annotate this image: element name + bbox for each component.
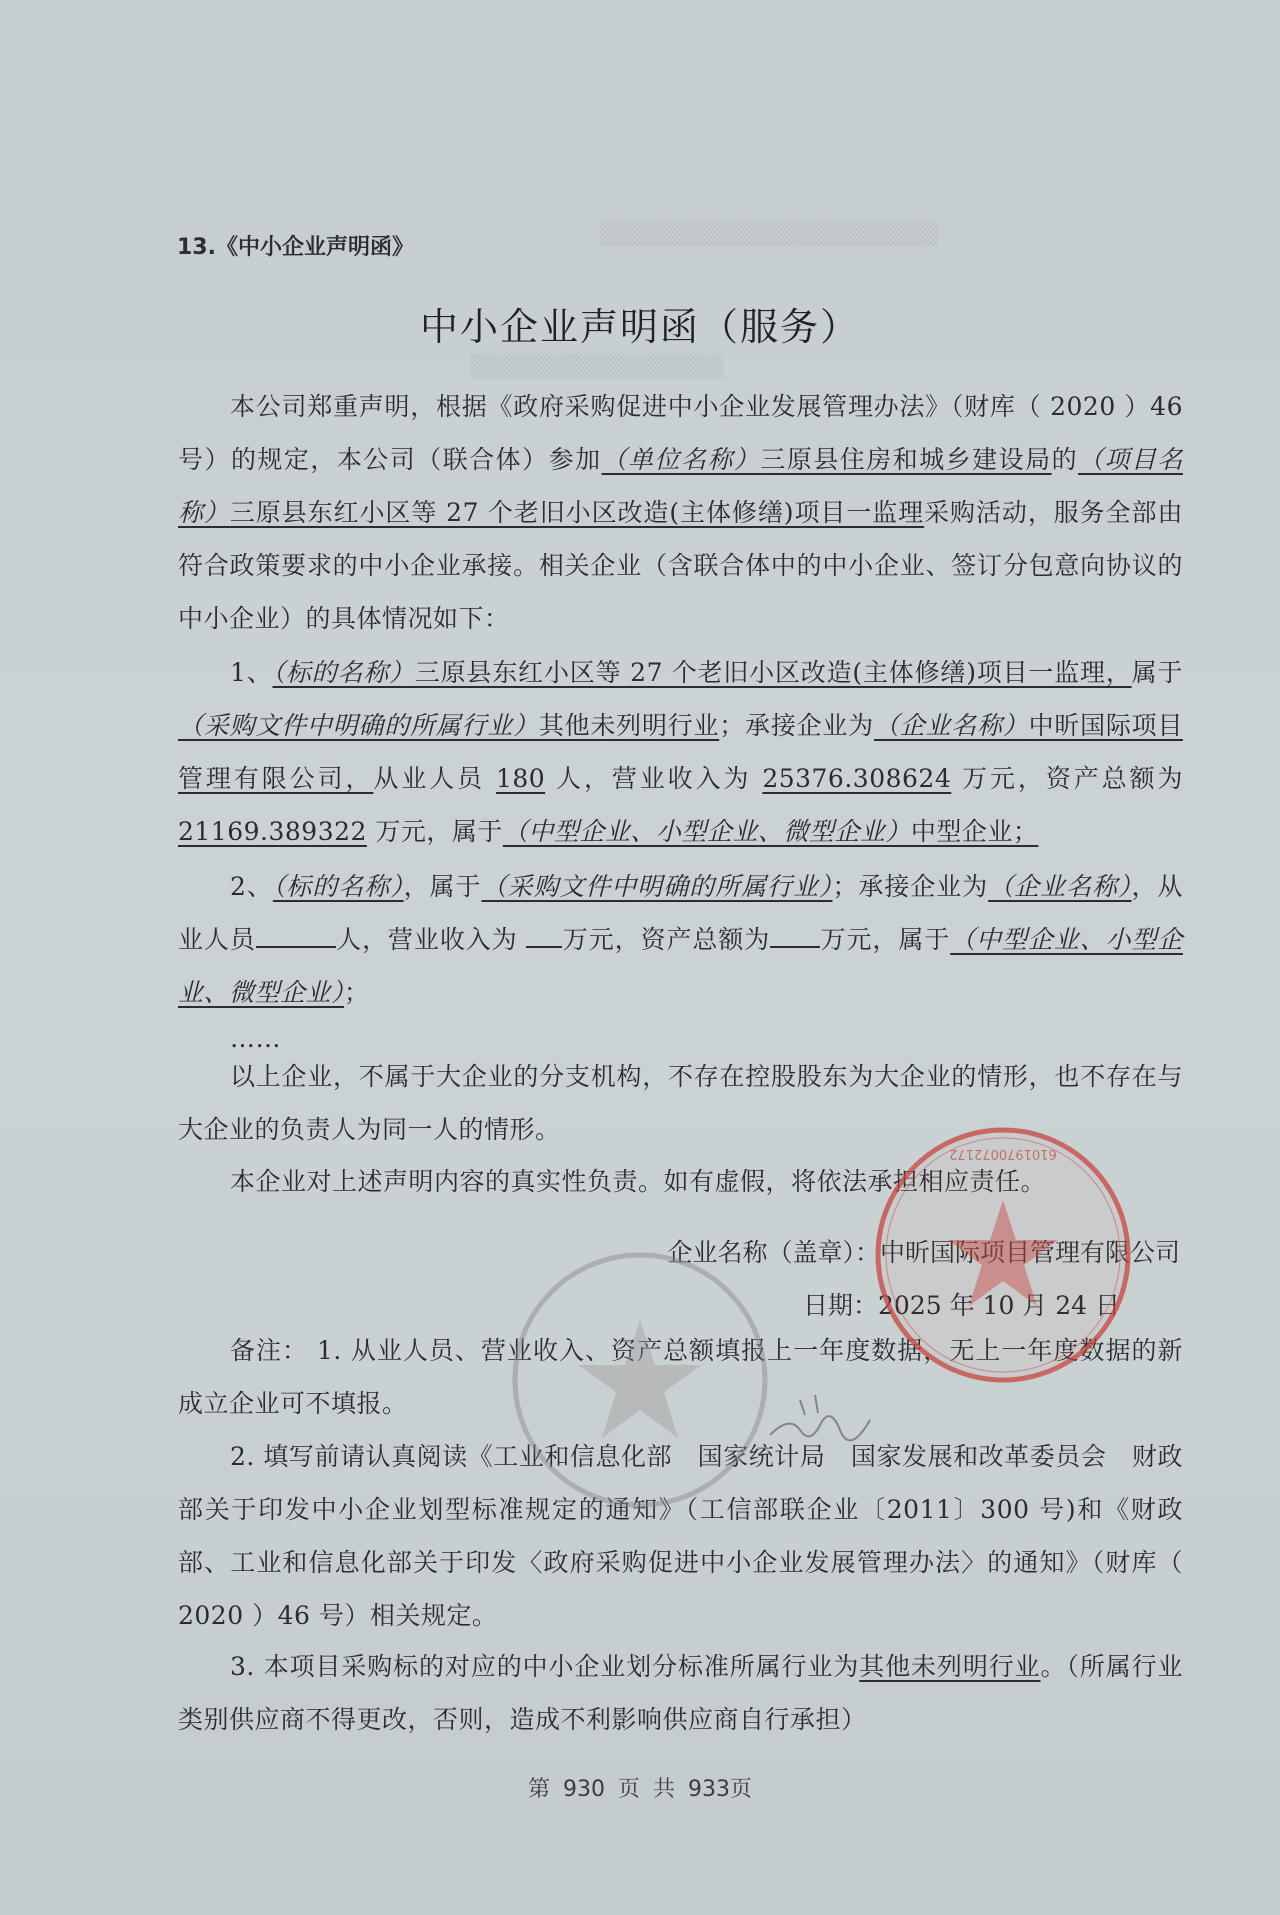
bleed-through-text: ▒▒▒▒▒▒▒▒▒▒▒▒▒▒▒	[470, 355, 724, 380]
assets-blank	[770, 924, 820, 948]
statement-not-large-enterprise: 以上企业，不属于大企业的分支机构，不存在控股股东为大企业的情形，也不存在与大企业…	[178, 1050, 1183, 1156]
item-end: ；	[344, 978, 370, 1007]
staff-suffix: 人，营业收入为	[336, 925, 518, 954]
company-label: （企业名称）	[988, 872, 1131, 901]
item-number: 1、	[230, 658, 273, 687]
unit-label: （单位名称）	[602, 445, 761, 474]
subject-label: （标的名称）	[273, 658, 415, 687]
subject-field: （标的名称）三原县东红小区等 27 个老旧小区改造(主体修缮)项目一监理，	[273, 658, 1132, 687]
note-3: 3. 本项目采购标的对应的中小企业划分标准所属行业为其他未列明行业。（所属行业类…	[178, 1640, 1183, 1746]
note-3-text-a: 3. 本项目采购标的对应的中小企业划分标准所属行业为	[230, 1652, 859, 1681]
unit-name-field: （单位名称）三原县住房和城乡建设局	[602, 445, 1052, 474]
size-value: 中型企业；	[911, 817, 1039, 846]
intro-paragraph: 本公司郑重声明，根据《政府采购促进中小企业发展管理办法》（财库（ 2020 ）4…	[178, 380, 1183, 645]
section-heading: 13.《中小企业声明函》	[177, 230, 414, 261]
industry-label: （采购文件中明确的所属行业）	[178, 711, 539, 740]
project-value: 三原县东红小区等 27 个老旧小区改造(主体修缮)项目一监理	[230, 498, 924, 527]
revenue-blank	[526, 924, 562, 948]
signature-company: 企业名称（盖章）：中昕国际项目管理有限公司	[667, 1233, 1180, 1269]
enterprise-item-1: 1、（标的名称）三原县东红小区等 27 个老旧小区改造(主体修缮)项目一监理，属…	[178, 646, 1183, 858]
assets-suffix: 万元，属于	[375, 817, 503, 846]
document-title: 中小企业声明函（服务）	[0, 296, 1280, 351]
subject-label: （标的名称）	[273, 872, 404, 901]
intro-text-b: 的	[1052, 445, 1078, 474]
note-2: 2. 填写前请认真阅读《工业和信息化部 国家统计局 国家发展和改革委员会 财政部…	[178, 1430, 1183, 1642]
subject-value: 三原县东红小区等 27 个老旧小区改造(主体修缮)项目一监理，	[415, 658, 1132, 687]
unit-value: 三原县住房和城乡建设局	[760, 445, 1051, 474]
revenue-value: 25376.308624	[762, 764, 951, 793]
industry-label: （采购文件中明确的所属行业）	[481, 872, 832, 901]
signature-date: 日期：2025 年 10 月 24 日	[803, 1286, 1120, 1322]
bleed-through-text: ▒▒▒▒▒▒▒▒▒▒▒▒▒▒▒▒▒▒▒▒	[600, 222, 938, 247]
company-label: （企业名称）	[874, 711, 1029, 740]
staff-suffix: 人，营业收入为	[556, 764, 751, 793]
size-label: （中型企业、小型企业、微型企业）	[503, 817, 911, 846]
enterprise-item-2: 2、（标的名称），属于（采购文件中明确的所属行业）；承接企业为（企业名称），从业…	[178, 860, 1183, 1019]
contractor-prefix: ；承接企业为	[719, 711, 874, 740]
document-page: ▒▒▒▒▒▒▒▒▒▒▒▒▒▒▒▒▒▒▒▒ ▒▒▒▒▒▒▒▒▒▒▒▒▒▒▒ 13.…	[0, 0, 1280, 1915]
belongs-text: 属于	[1132, 658, 1183, 687]
assets-suffix: 万元，属于	[820, 925, 950, 954]
note-1: 备注： 1. 从业人员、营业收入、资产总额填报上一年度数据，无上一年度数据的新成…	[178, 1324, 1183, 1430]
assets-value: 21169.389322	[178, 817, 367, 846]
revenue-suffix: 万元，资产总额为	[562, 925, 770, 954]
staff-blank	[256, 924, 336, 948]
staff-value: 180	[496, 764, 545, 793]
page-footer: 第 930 页 共 933页	[0, 1772, 1280, 1803]
revenue-suffix: 万元，资产总额为	[962, 764, 1183, 793]
belongs-text: ，属于	[404, 872, 482, 901]
item-number: 2、	[230, 872, 273, 901]
staff-prefix: 从业人员	[373, 764, 485, 793]
industry-value: 其他未列明行业	[539, 711, 719, 740]
contractor-prefix: ；承接企业为	[832, 872, 988, 901]
statement-truthfulness: 本企业对上述声明内容的真实性负责。如有虚假，将依法承担相应责任。	[178, 1155, 1183, 1208]
note-3-industry: 其他未列明行业	[859, 1652, 1040, 1681]
